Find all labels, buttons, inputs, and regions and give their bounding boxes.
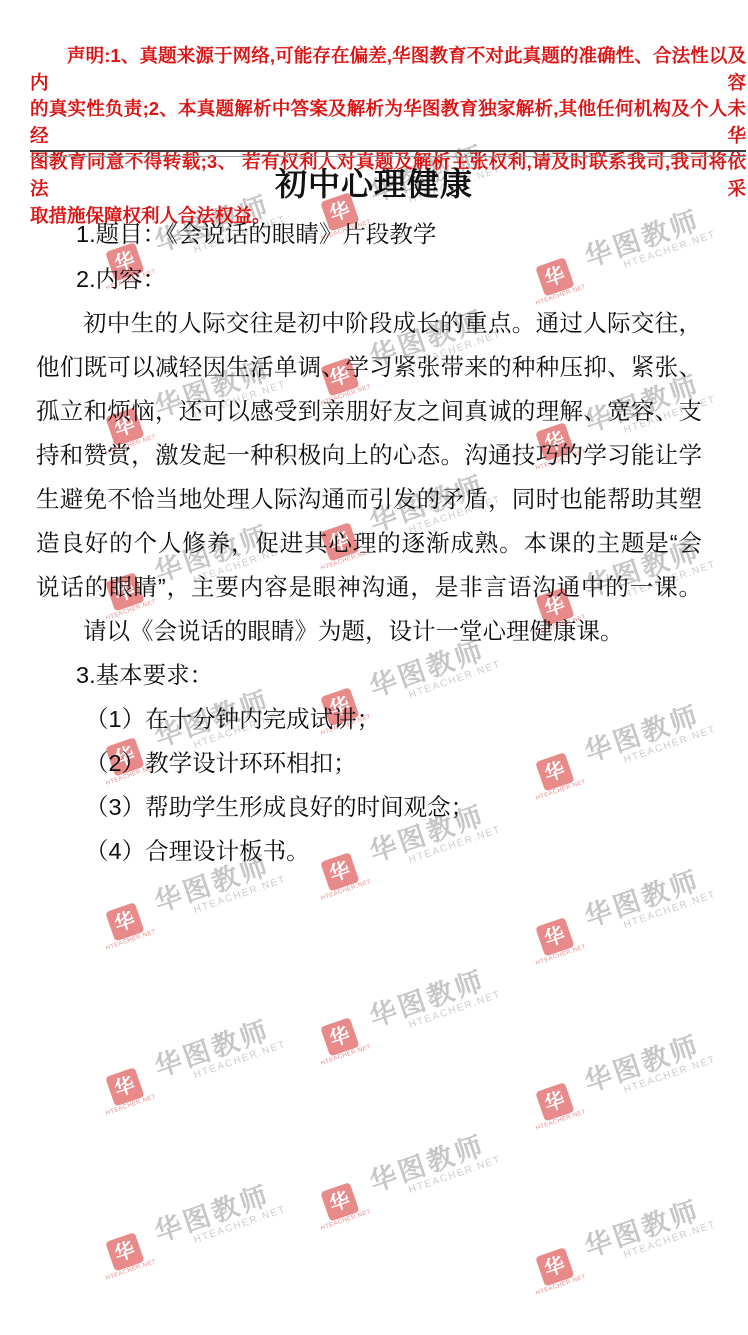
disclaimer-line: 的真实性负责;2、本真题解析中答案及解析为华图教育独家解析,其他任何机构及个人未… xyxy=(30,96,746,149)
paragraph-line: 初中生的人际交往是初中阶段成长的重点。通过人际交往， xyxy=(36,309,702,337)
requirement-item: （4）合理设计板书。 xyxy=(85,837,310,865)
task-line: 请以《会说话的眼睛》为题，设计一堂心理健康课。 xyxy=(83,617,624,645)
disclaimer-label: 声明: xyxy=(67,45,110,66)
question-item-content: 2.内容： xyxy=(76,265,166,293)
disclaimer-text: 1、真题来源于网络,可能存在偏差,华图教育不对此真题的准确性、合法性以及内容 xyxy=(30,45,746,93)
page-title: 初中心理健康 xyxy=(0,166,748,202)
paragraph-line: 造良好的个人修养，促进其心理的逐渐成熟。本课的主题是“会 xyxy=(36,529,702,557)
paragraph-line: 说话的眼睛”，主要内容是眼神沟通，是非言语沟通中的一课。 xyxy=(36,573,702,601)
requirement-item: （3）帮助学生形成良好的时间观念； xyxy=(85,793,474,821)
separator-rule xyxy=(30,150,746,157)
requirement-item: （2）教学设计环环相扣； xyxy=(85,749,357,777)
question-item-requirements: 3.基本要求： xyxy=(76,661,213,689)
paragraph-line: 生避免不恰当地处理人际沟通而引发的矛盾，同时也能帮助其塑 xyxy=(36,485,702,513)
paragraph-line: 孤立和烦恼，还可以感受到亲朋好友之间真诚的理解、宽容、支 xyxy=(36,397,702,425)
question-item-title: 1.题目：《会说话的眼睛》片段教学 xyxy=(76,220,436,248)
paragraph-line: 持和赞赏，激发起一种积极向上的心态。沟通技巧的学习能让学 xyxy=(36,441,702,469)
document-page: 华HTEACHER.NET华图教师HTEACHER.NET华HTEACHER.N… xyxy=(0,0,748,1335)
disclaimer-line: 声明:1、真题来源于网络,可能存在偏差,华图教育不对此真题的准确性、合法性以及内… xyxy=(30,43,746,96)
document-content: 声明:1、真题来源于网络,可能存在偏差,华图教育不对此真题的准确性、合法性以及内… xyxy=(0,0,748,1335)
paragraph-line: 他们既可以减轻因生活单调、学习紧张带来的种种压抑、紧张、 xyxy=(36,353,702,381)
requirement-item: （1）在十分钟内完成试讲； xyxy=(85,705,380,733)
